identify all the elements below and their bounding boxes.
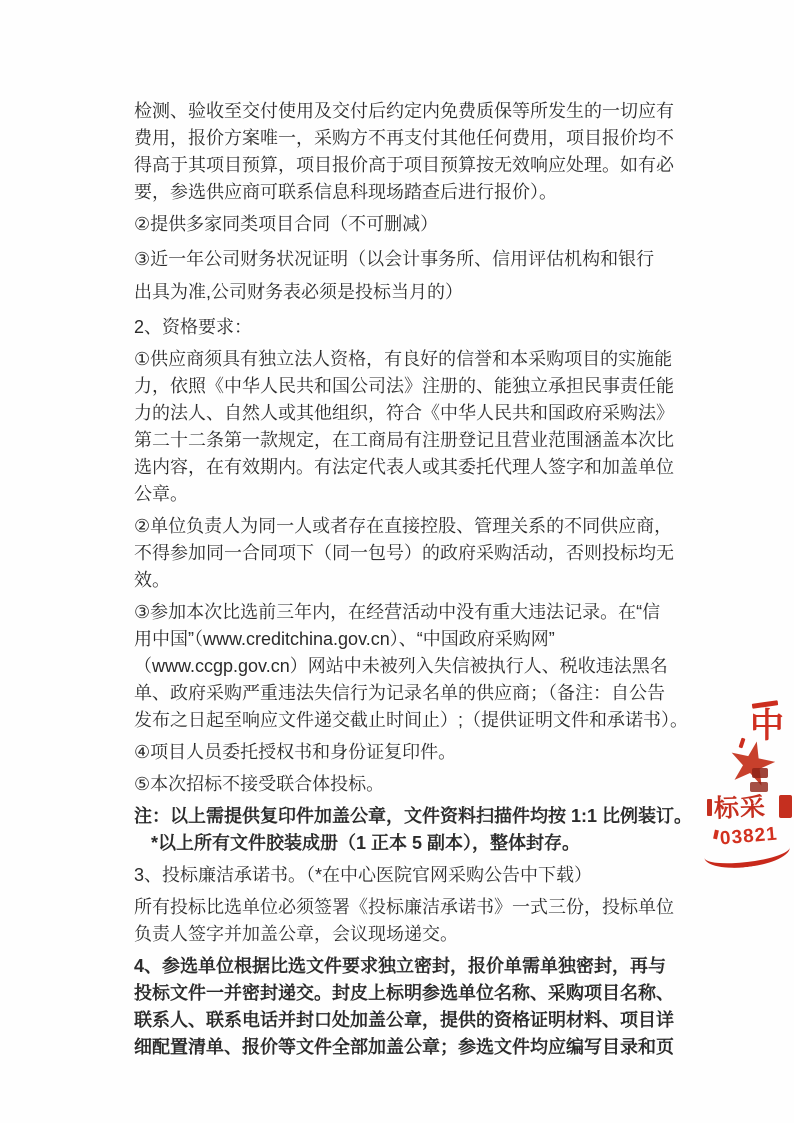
text-line: 投标文件一并密封递交。封皮上标明参选单位名称、采购项目名称、 — [134, 980, 694, 1007]
text-line: 不得参加同一合同项下（同一包号）的政府采购活动，否则投标均无 — [134, 540, 694, 567]
text-line: 检测、验收至交付使用及交付后约定内免费质保等所发生的一切应有 — [134, 98, 694, 125]
text-line: 发布之日起至响应文件递交截止时间止）;（提供证明文件和承诺书）。 — [134, 707, 694, 734]
stamp-char-fragment — [779, 795, 792, 818]
note-line: 注：以上需提供复印件加盖公章，文件资料扫描件均按 1:1 比例装订。 — [134, 803, 694, 830]
paragraph-qual-item-2-same-principal: ②单位负责人为同一人或者存在直接控股、管理关系的不同供应商， 不得参加同一合同项… — [134, 513, 694, 594]
text-line: ②单位负责人为同一人或者存在直接控股、管理关系的不同供应商， — [134, 513, 694, 540]
stamp-text-fragment: 标采 — [714, 794, 767, 823]
text-line: ③近一年公司财务状况证明（以会计事务所、信用评估机构和银行 — [134, 243, 694, 276]
paragraph-integrity-letter-detail: 所有投标比选单位必须签署《投标廉洁承诺书》一式三份，投标单位 负责人签字并加盖公… — [134, 894, 694, 948]
section-heading: 2、资格要求： — [134, 314, 694, 341]
stamp-overlay-mark — [750, 782, 768, 792]
note-line: *以上所有文件胶装成册（1 正本 5 副本），整体封存。 — [134, 830, 694, 857]
text-line: ②提供多家同类项目合同（不可删减） — [134, 211, 694, 238]
text-line: 出具为准,公司财务表必须是投标当月的） — [134, 276, 694, 309]
paragraph-item-3-financial-proof: ③近一年公司财务状况证明（以会计事务所、信用评估机构和银行 出具为准,公司财务表… — [134, 243, 694, 309]
text-line: ③参加本次比选前三年内，在经营活动中没有重大违法记录。在“信 — [134, 599, 694, 626]
text-line: 所有投标比选单位必须签署《投标廉洁承诺书》一式三份，投标单位 — [134, 894, 694, 921]
text-line: 联系人、联系电话并封口处加盖公章，提供的资格证明材料、项目详 — [134, 1007, 694, 1034]
text-line: 用中国”（www.creditchina.gov.cn）、“中国政府采购网” — [134, 626, 694, 653]
text-line: 第二十二条第一款规定，在工商局有注册登记且营业范围涵盖本次比 — [134, 427, 694, 454]
paragraph-qual-item-5-no-consortium: ⑤本次招标不接受联合体投标。 — [134, 771, 694, 798]
text-line: 单、政府采购严重违法失信行为记录名单的供应商；（备注：自公告 — [134, 680, 694, 707]
text-line: （www.ccgp.gov.cn）网站中未被列入失信被执行人、税收违法黑名 — [134, 653, 694, 680]
section-2-qualification-heading: 2、资格要求： — [134, 314, 694, 341]
stamp-tick-mark — [713, 830, 719, 840]
text-line: 选内容，在有效期内。有法定代表人或其委托代理人签字和加盖单位 — [134, 454, 694, 481]
text-line: 要，参选供应商可联系信息科现场踏查后进行报价）。 — [134, 179, 694, 206]
text-line: ④项目人员委托授权书和身份证复印件。 — [134, 739, 694, 766]
text-line: 费用，报价方案唯一，采购方不再支付其他任何费用，项目报价均不 — [134, 125, 694, 152]
section-heading: 3、投标廉洁承诺书。（*在中心医院官网采购公告中下载） — [134, 862, 694, 889]
text-line: 力的法人、自然人或其他组织，符合《中华人民共和国政府采购法》 — [134, 400, 694, 427]
text-line: 效。 — [134, 567, 694, 594]
text-line: 4、参选单位根据比选文件要求独立密封，报价单需单独密封，再与 — [134, 953, 694, 980]
section-3-integrity-letter-heading: 3、投标廉洁承诺书。（*在中心医院官网采购公告中下载） — [134, 862, 694, 889]
paragraph-section-4-sealing-requirements: 4、参选单位根据比选文件要求独立密封，报价单需单独密封，再与 投标文件一并密封递… — [134, 953, 694, 1061]
text-line: 公章。 — [134, 481, 694, 508]
text-line: ①供应商须具有独立法人资格，有良好的信誉和本采购项目的实施能 — [134, 346, 694, 373]
stamp-overlay-mark — [752, 768, 768, 778]
paragraph-qual-item-4-authorization: ④项目人员委托授权书和身份证复印件。 — [134, 739, 694, 766]
paragraph-note-copies-sealed: 注：以上需提供复印件加盖公章，文件资料扫描件均按 1:1 比例装订。 *以上所有… — [134, 803, 694, 857]
stamp-char-fragment — [707, 799, 712, 816]
text-line: 得高于其项目预算，项目报价高于项目预算按无效响应处理。如有必 — [134, 152, 694, 179]
red-seal-stamp: 中 ★ 标采 03821 — [700, 695, 794, 873]
paragraph-qual-item-3-no-violations: ③参加本次比选前三年内，在经营活动中没有重大违法记录。在“信 用中国”（www.… — [134, 599, 694, 734]
text-line: 负责人签字并加盖公章，会议现场递交。 — [134, 921, 694, 948]
paragraph-quote-requirements-continuation: 检测、验收至交付使用及交付后约定内免费质保等所发生的一切应有 费用，报价方案唯一… — [134, 98, 694, 206]
text-line: 细配置清单、报价等文件全部加盖公章；参选文件均应编写目录和页 — [134, 1034, 694, 1061]
document-body: 检测、验收至交付使用及交付后约定内免费质保等所发生的一切应有 费用，报价方案唯一… — [134, 98, 694, 1066]
document-page: 检测、验收至交付使用及交付后约定内免费质保等所发生的一切应有 费用，报价方案唯一… — [0, 0, 794, 1123]
text-line: ⑤本次招标不接受联合体投标。 — [134, 771, 694, 798]
paragraph-qual-item-1-legal-person: ①供应商须具有独立法人资格，有良好的信誉和本采购项目的实施能 力，依照《中华人民… — [134, 346, 694, 508]
paragraph-item-2-contracts: ②提供多家同类项目合同（不可删减） — [134, 211, 694, 238]
text-line: 力，依照《中华人民共和国公司法》注册的、能独立承担民事责任能 — [134, 373, 694, 400]
